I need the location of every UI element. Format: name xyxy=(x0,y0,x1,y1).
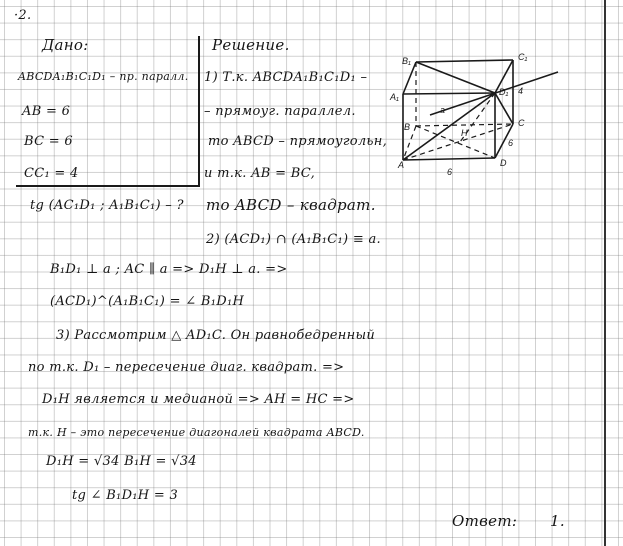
label-d1: D₁ xyxy=(499,87,508,97)
label-b1: B₁ xyxy=(402,56,411,66)
label-c: C xyxy=(518,118,525,128)
label-ad-length: 6 xyxy=(447,167,452,177)
label-c1: C₁ xyxy=(518,52,527,62)
label-line-a: a xyxy=(440,105,445,115)
label-a1: A₁ xyxy=(389,92,399,102)
prism-diagram: A B C D A₁ B₁ C₁ D₁ H a 6 6 4 xyxy=(0,0,623,546)
label-a: A xyxy=(397,160,404,170)
label-d: D xyxy=(500,158,507,168)
label-cc1-length: 4 xyxy=(518,86,523,96)
label-dc-length: 6 xyxy=(508,138,513,148)
label-h: H xyxy=(461,128,468,138)
label-b: B xyxy=(404,122,410,132)
